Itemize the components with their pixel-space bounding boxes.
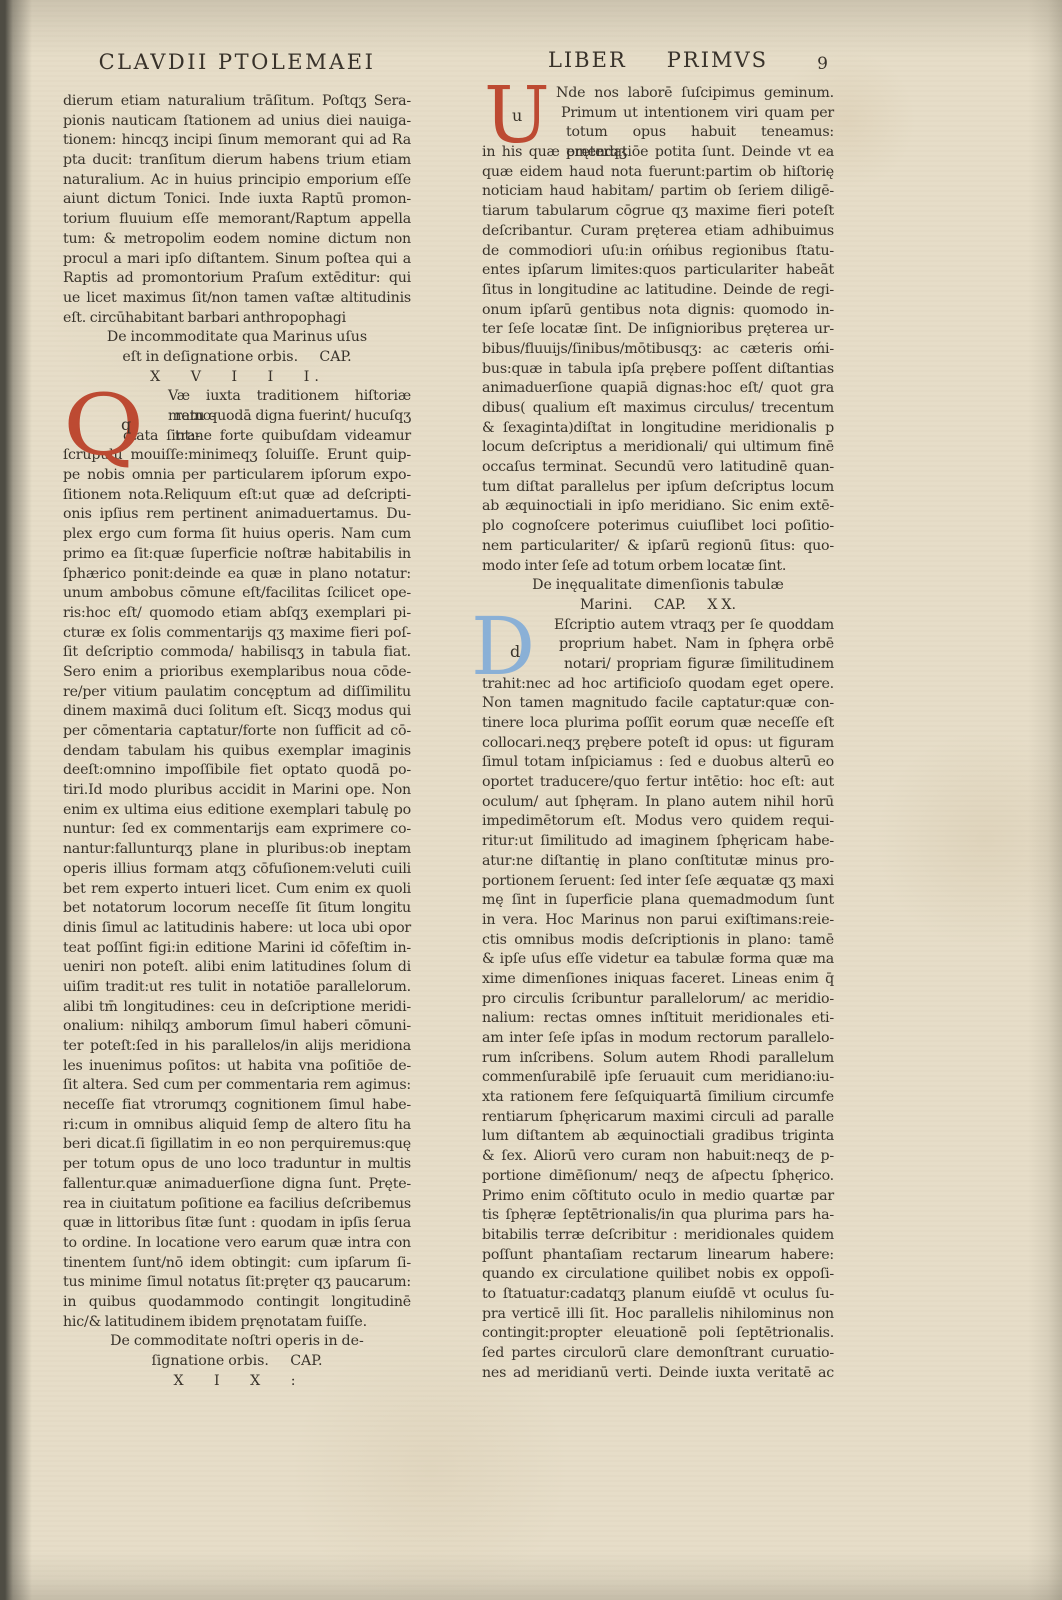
text-line: quæ eidem haud nota fuerunt:partim ob hi… [482, 163, 834, 183]
text-line: oportet traducere/quo fertur intētio: ho… [482, 773, 834, 793]
text-line: tiri.Id modo pluribus accidit in Marini … [63, 781, 411, 801]
text-line: bet rem experto intueri licet. Cum enim … [63, 880, 411, 900]
text-line: pta ducit: tranſitum dierum habens trium… [63, 151, 411, 171]
running-title-right-words: LIBER PRIMVS [482, 48, 834, 72]
text-line: ri:cum in omnibus aliquid ſemp de altero… [63, 1116, 411, 1136]
text-line: nantur:fallunturqʒ plane in pluribus:ob … [63, 840, 411, 860]
text-line: ritur:ut ſimilitudo ad imaginem ſphęrica… [482, 832, 834, 852]
chapter-heading-line: eſt in deſignatione orbis. CAP. [63, 348, 411, 368]
text-line: naturalium. Ac in huius principio empori… [63, 171, 411, 191]
text-line: nalium: rectas omnes inſtituit meridiona… [482, 1009, 834, 1029]
text-line: pionis nauticam ſtationem ad unius diei … [63, 112, 411, 132]
text-line: dierum etiam naturalium trāſitum. Poſtqʒ… [63, 92, 411, 112]
text-line: collocari.neqʒ prębere poteſt id opus: u… [482, 734, 834, 754]
text-line: cturæ ex ſolis commentarijs qʒ maxime fi… [63, 624, 411, 644]
text-line: animaduerſione quapiā dignas:hoc eſt/ qu… [482, 379, 834, 399]
running-title-word-primus: PRIMVS [667, 48, 768, 72]
text-line: portione dimēſionum/ neqʒ de aſpectu ſph… [482, 1167, 834, 1187]
paragraph-block: DdEſcriptio autem vtraqʒ per ſe quoddamp… [482, 616, 834, 1384]
text-column-right: UuNde nos laborē ſuſcipimus geminum.Prim… [482, 84, 834, 1383]
text-line: eſt. circūhabitant barbari anthropophagi [63, 309, 411, 329]
text-column-left: dierum etiam naturalium trāſitum. Poſtqʒ… [63, 92, 411, 1391]
text-line: locum deſcriptus a meridionali/ qui ulti… [482, 438, 834, 458]
text-line: ab æquinoctiali in ipſo meridiano. Sic e… [482, 497, 834, 517]
guide-letter-d: d [510, 644, 520, 660]
numeral-block: X I X : [63, 1372, 411, 1392]
text-line: onalium: nihilqʒ amborum ſimul haberi cō… [63, 1017, 411, 1037]
text-line: rum inſcribens. Solum autem Rhodi parall… [482, 1049, 834, 1069]
text-line: xta rationem fere ſeſquiquartā ſimilium … [482, 1088, 834, 1108]
heading-block: De incommoditate qua Marinus uſuseſt in … [63, 328, 411, 367]
text-line: Non tamen magnitudo facile captatur:quæ … [482, 694, 834, 714]
text-line: nem particulariter/ & ipſarū regionū ſit… [482, 537, 834, 557]
text-line: ſitionem nota.Reliquum eſt:ut quæ ad deſ… [63, 486, 411, 506]
text-line: de commodiori uſu:in oḿibus regionibus ſ… [482, 242, 834, 262]
text-line: bitabilis terræ deſcribitur : meridional… [482, 1226, 834, 1246]
text-line: tum: & metropolim eodem nomine dictum no… [63, 230, 411, 250]
text-line: lum diſtantem ab æquinoctiali gradibus t… [482, 1127, 834, 1147]
paragraph-block: dierum etiam naturalium trāſitum. Poſtqʒ… [63, 92, 411, 328]
text-line: to ordine. In locatione vero earum quæ i… [63, 1234, 411, 1254]
chapter-heading-line: De commoditate noſtri operis in de- [63, 1332, 411, 1352]
text-line: pra verticē illi ſit. Hoc parallelis nih… [482, 1305, 834, 1325]
text-line: per cōmentaria captatur/forte non ſuffic… [63, 722, 411, 742]
text-line: pro circulis ſcribuntur parallelorum/ ac… [482, 990, 834, 1010]
text-line: tiarum tabularum cōgrue qʒ maxime fieri … [482, 202, 834, 222]
text-line: commenſurabilē ipſe ſeruauit cum meridia… [482, 1068, 834, 1088]
folio-number: 9 [817, 54, 828, 74]
text-line: quæ in littoribus ſitæ ſunt : quodam in … [63, 1214, 411, 1234]
text-line: teat poſſint figi:in editione Marini id … [63, 939, 411, 959]
text-line: ue licet maximus ſit/non tamen vaſtæ alt… [63, 289, 411, 309]
text-line: occaſus terminat. Secundū vero latitudin… [482, 458, 834, 478]
text-line: tis ſphęræ ſeptētrionalis/in qua plurima… [482, 1206, 834, 1226]
text-line: dinis ſimul ac latitudinis habere: ut lo… [63, 919, 411, 939]
drop-cap-initial-d: D [471, 607, 535, 687]
text-line: onum ipſarū gentibus nota dignis: quomod… [482, 301, 834, 321]
text-line: xime dimenſiones iniquas faceret. Lineas… [482, 970, 834, 990]
text-line: ter poteſt:ſed in his parallelos/in alij… [63, 1037, 411, 1057]
text-line: ueniri non poteſt. alibi enim latitudine… [63, 958, 411, 978]
text-line: ſphærico ponit:deinde ea quæ in plano no… [63, 565, 411, 585]
book-page-scan: CLAVDII PTOLEMAEI LIBER PRIMVS 9 dierum … [0, 0, 1062, 1600]
text-line: ſed partes circulorū clare demonſtrant c… [482, 1344, 834, 1364]
text-line: ctis omnibus modis deſcriptionis in plan… [482, 931, 834, 951]
text-line: oculum/ aut ſphęram. In plano autem nihi… [482, 793, 834, 813]
text-line: am inter ſeſe ipſas in modum rectorum pa… [482, 1029, 834, 1049]
heading-block: De commoditate noſtri operis in de-ſigna… [63, 1332, 411, 1371]
text-line: dinem maximā duci ſolitum eſt. Sicqʒ mod… [63, 702, 411, 722]
text-line: poſſunt phantaſiam rectarum linearum hab… [482, 1246, 834, 1266]
text-line: aiunt dictum Tonici. Inde iuxta Raptū pr… [63, 190, 411, 210]
text-line: mę ſint in ſuperficie plana quemadmodum … [482, 891, 834, 911]
text-line: tum diſtat parallelus per ipſum deſcript… [482, 478, 834, 498]
chapter-numeral: X I X : [63, 1372, 411, 1392]
text-line: operis illius formam atqʒ cōfuſionem:vel… [63, 860, 411, 880]
text-line: primo ea ſit:quæ ſuperficie noſtræ habit… [63, 545, 411, 565]
chapter-heading-line: De incommoditate qua Marinus uſus [63, 328, 411, 348]
text-line: nuntur: ſed ex commentarijs eam exprimer… [63, 820, 411, 840]
text-line: hic/& latitudinem ibidem pręnotatam fuiſ… [63, 1313, 411, 1333]
text-line: impedimētorum eſt. Modus vero quidem req… [482, 812, 834, 832]
text-line: ſitus in longitudine ac latitudine. Dein… [482, 281, 834, 301]
text-line: plex ergo cum forma ſit huius operis. Na… [63, 525, 411, 545]
text-line: nes ad meridianū verti. Deinde iuxta ver… [482, 1364, 834, 1384]
guide-letter-q: q [121, 417, 131, 433]
text-line: neceſſe fiat vtrorumqʒ cognitionem ſimul… [63, 1096, 411, 1116]
text-line: dibus( qualium eſt maximus circulus/ tre… [482, 399, 834, 419]
text-line: Sero enim a prioribus exemplaribus noua … [63, 663, 411, 683]
text-line: atur:ne diſtantię in plano conſtitutæ mi… [482, 852, 834, 872]
text-line: procul a mari ipſo diſtantem. Sinum poſt… [63, 250, 411, 270]
paragraph-block: UuNde nos laborē ſuſcipimus geminum.Prim… [482, 84, 834, 576]
text-line: ris:hoc eſt/ quomodo etiam abſqʒ exempla… [63, 604, 411, 624]
text-line: entes ipſarum limites:quos particularite… [482, 261, 834, 281]
text-line: deeſt:omnino impoſſibile fiet optato quo… [63, 761, 411, 781]
text-line: in quibus quodammodo contingit longitudi… [63, 1293, 411, 1313]
text-line: re/per vitium paulatim concęptum ad diſſ… [63, 683, 411, 703]
text-line: modo inter ſeſe ad totum orbem locatæ ſi… [482, 557, 834, 577]
text-line: fallentur.quæ animaduerſione digna ſunt.… [63, 1175, 411, 1195]
guide-letter-u: u [512, 108, 522, 124]
text-line: unum ambobus cōmune eſt/facilitas ſcilic… [63, 584, 411, 604]
text-line: noticiam haud habitam/ partim ob ſeriem … [482, 182, 834, 202]
text-line: beri dicat.ſi ſigillatim in eo non perqu… [63, 1135, 411, 1155]
text-line: & ſex. Aliorū vero curam non habuit:neqʒ… [482, 1147, 834, 1167]
text-line: onis ipſius rem pertinent animaduertamus… [63, 505, 411, 525]
text-line: tinere loca plurima poſſit eorum quæ nec… [482, 714, 834, 734]
text-line: rentiarum ſphęricarum maximi circuli ad … [482, 1108, 834, 1128]
chapter-heading-line: ſignatione orbis. CAP. [63, 1352, 411, 1372]
text-line: per totum opus de uno loco traduntur in … [63, 1155, 411, 1175]
text-line: tinentem ſunt/nō idem obtingit: cum ipſa… [63, 1254, 411, 1274]
paragraph-block: QqVæ iuxta traditionem hiſtoriæ memo-rat… [63, 387, 411, 1332]
running-title-left: CLAVDII PTOLEMAEI [63, 50, 411, 74]
chapter-heading-line: De inęqualitate dimenſionis tabulæ [482, 576, 834, 596]
text-line: to ſtatuatur:cadatqʒ planum eiuſdē vt oc… [482, 1285, 834, 1305]
text-line: dendam tabulam his quibus exemplar imagi… [63, 742, 411, 762]
text-line: & ſexaginta)diſtat in longitudine meridi… [482, 419, 834, 439]
text-line: tus minime ſimul notatus ſit:pręter qʒ p… [63, 1273, 411, 1293]
text-line: bet notatorum locorum neceſſe ſit ſitum … [63, 899, 411, 919]
text-line: ſit deſcriptio commoda/ habilisqʒ in tab… [63, 643, 411, 663]
text-line: in vera. Hoc Marinus non parui exiſtiman… [482, 911, 834, 931]
text-line: quando ex circulatione quilibet nobis ex… [482, 1265, 834, 1285]
text-line: ter ſeſe locatæ ſint. De inſignioribus p… [482, 320, 834, 340]
text-line: bus:quæ in tabula ipſa prębere poſſent d… [482, 360, 834, 380]
text-line: ſit altera. Sed cum per commentaria rem … [63, 1076, 411, 1096]
text-line: Raptis ad promontorium Praſum extēditur:… [63, 269, 411, 289]
text-line: rea in ciuitatum poſitione ea facilius d… [63, 1195, 411, 1215]
text-line: uiſim tradit:ut res tulit in notatiōe pa… [63, 978, 411, 998]
text-line: bibus/fluuijs/ſinibus/mōtibusqʒ: ac cæte… [482, 340, 834, 360]
text-line: les inuenimus poſitos: ut habita vna poſ… [63, 1057, 411, 1077]
text-line: alibi tm̄ longitudines: ceu in deſcripti… [63, 998, 411, 1018]
text-line: tionem: hincqʒ incipi ſinum memorant qui… [63, 131, 411, 151]
text-line: contingit:propter eleuationē poli ſeptēt… [482, 1324, 834, 1344]
text-line: plo cognoſcere poterimus cuiuſlibet loci… [482, 517, 834, 537]
running-title-word-liber: LIBER [548, 48, 627, 72]
text-line: deſcribantur. Curam pręterea etiam adhib… [482, 222, 834, 242]
drop-cap-initial-q: Q [63, 383, 144, 467]
text-line: ſimul totam inſpiciamus : ſed e duobus a… [482, 753, 834, 773]
text-line: portionem ſeruent: ſed inter ſeſe æquatæ… [482, 872, 834, 892]
text-line: & ipſe uſus eſſe videtur ea tabulæ forma… [482, 950, 834, 970]
text-line: Primo enim cōſtituto oculo in medio quar… [482, 1187, 834, 1207]
text-line: torium fluuium eſſe memorant/Raptum appe… [63, 210, 411, 230]
text-line: enim ex ultima eius editione exemplari t… [63, 801, 411, 821]
